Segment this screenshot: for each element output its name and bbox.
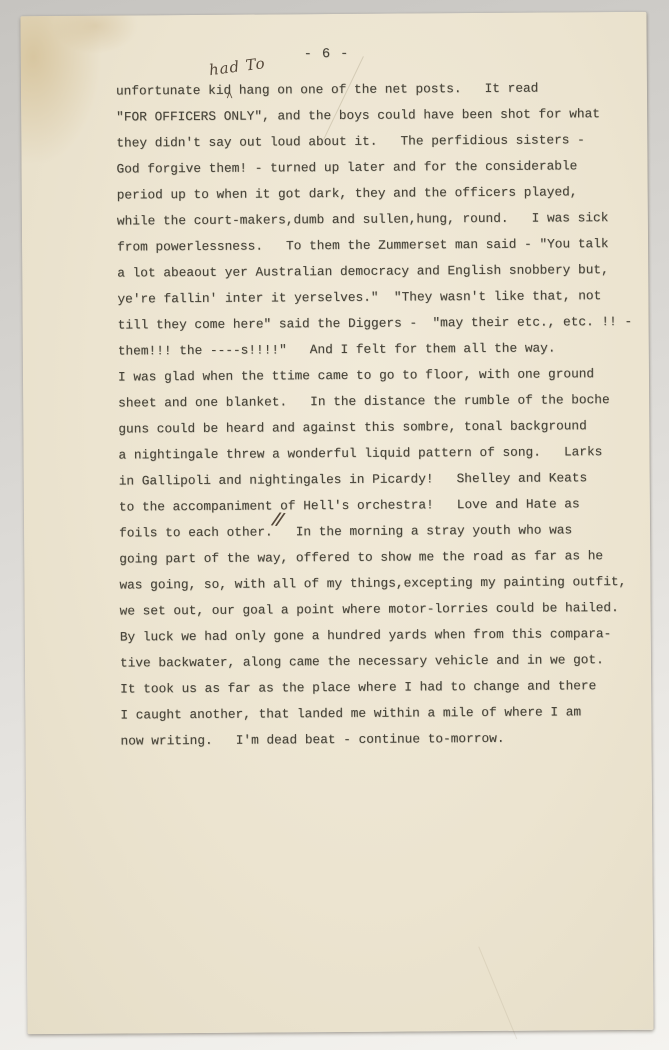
typed-line: we set out, our goal a point where motor… (120, 595, 650, 625)
typed-line: to the accompaniment of Hell's orchestra… (119, 491, 649, 521)
insertion-caret-mark: ^ (226, 91, 233, 105)
page-number: - 6 - (304, 47, 350, 62)
typed-line: "FOR OFFICERS ONLY", and the boys could … (116, 101, 646, 131)
typed-line: a lot abeaout yer Australian democracy a… (117, 257, 647, 287)
document-page: - 6 - unfortunate kid hang on one of the… (20, 12, 653, 1034)
handwritten-insertion: had To (208, 54, 267, 79)
typed-line: from powerlessness. To them the Zummerse… (117, 231, 647, 261)
typed-line: God forgive them! - turned up later and … (116, 153, 646, 183)
typed-line: By luck we had only gone a hundred yards… (120, 621, 650, 651)
scan-background: - 6 - unfortunate kid hang on one of the… (0, 0, 669, 1050)
typed-line: going part of the way, offered to show m… (119, 543, 649, 573)
typed-text-block: unfortunate kid hang on one of the net p… (116, 75, 651, 755)
typed-line: till they come here" said the Diggers - … (118, 309, 648, 339)
typed-line: period up to when it got dark, they and … (117, 179, 647, 209)
typed-line: guns could be heard and against this som… (118, 413, 648, 443)
typed-line: while the court-makers,dumb and sullen,h… (117, 205, 647, 235)
typed-line: unfortunate kid hang on one of the net p… (116, 75, 646, 105)
typed-line: now writing. I'm dead beat - continue to… (120, 725, 650, 755)
typed-line: in Gallipoli and nightingales in Picardy… (119, 465, 649, 495)
paper-crease (478, 946, 517, 1039)
typed-line: It took us as far as the place where I h… (120, 673, 650, 703)
typed-line: foils to each other. In the morning a st… (119, 517, 649, 547)
typed-line: I caught another, that landed me within … (120, 699, 650, 729)
typed-line: I was glad when the ttime came to go to … (118, 361, 648, 391)
typed-line: tive backwater, along came the necessary… (120, 647, 650, 677)
typed-line: sheet and one blanket. In the distance t… (118, 387, 648, 417)
typed-line: they didn't say out loud about it. The p… (116, 127, 646, 157)
typed-line: them!!! the ----s!!!!" And I felt for th… (118, 335, 648, 365)
typed-line: was going, so, with all of my things,exc… (119, 569, 649, 599)
typed-line: a nightingale threw a wonderful liquid p… (118, 439, 648, 469)
typed-line: ye're fallin' inter it yerselves." "They… (117, 283, 647, 313)
